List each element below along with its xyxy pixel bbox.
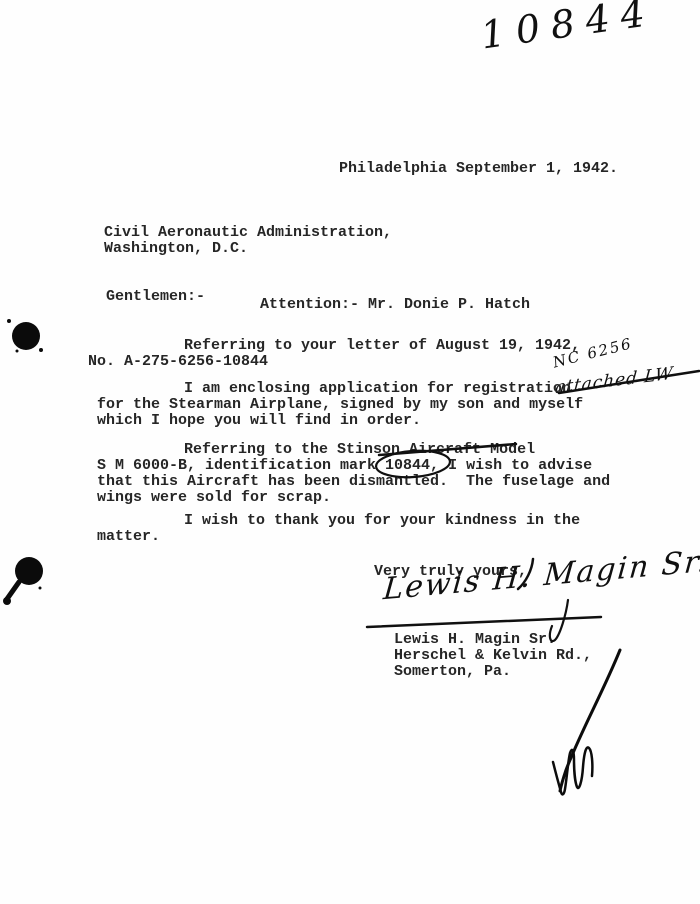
date-line: Philadelphia September 1, 1942. <box>339 161 618 177</box>
para1-line1: Referring to your letter of August 19, 1… <box>184 338 580 354</box>
para3-line1-struck-text: Stinson Aircraft <box>337 441 481 458</box>
long-pen-stroke <box>560 650 620 791</box>
pen-squiggle-initials <box>553 747 592 794</box>
para3-line1: Referring to the Stinson Aircraft Model <box>184 442 535 458</box>
para3-line3: that this Aircraft has been dismantled. … <box>97 474 610 490</box>
para3-line1-post: Model <box>481 441 535 458</box>
handwritten-file-number: 10844 <box>478 0 658 58</box>
para3-line2-post: I wish to advise <box>439 457 592 474</box>
ink-blot-lower <box>3 557 43 605</box>
para3-line4: wings were sold for scrap. <box>97 490 331 506</box>
handwritten-note-attached: attached LW <box>554 363 674 398</box>
para2-line1: I am enclosing application for registrat… <box>184 381 571 397</box>
recipient-line-2: Washington, D.C. <box>104 241 248 257</box>
para4-line2: matter. <box>97 529 160 545</box>
para3-line2-circled-text: 10844, <box>385 457 439 474</box>
signature-city: Somerton, Pa. <box>394 664 511 680</box>
scanned-letter-page: 10844 Philadelphia September 1, 1942. Ci… <box>0 0 700 904</box>
salutation: Gentlemen:- <box>106 289 205 305</box>
para2-line3: which I hope you will find in order. <box>97 413 421 429</box>
para4-line1: I wish to thank you for your kindness in… <box>184 513 580 529</box>
signature-name: Lewis H. Magin Sr. <box>394 632 556 648</box>
attention-line: Attention:- Mr. Donie P. Hatch <box>260 297 530 313</box>
para1-line2: No. A-275-6256-10844 <box>88 354 268 370</box>
handwritten-signature: Lewis H. Magin Sr. <box>382 544 700 608</box>
para3-line2-pre: S M 6000-B, identification mark <box>97 457 385 474</box>
para3-line2: S M 6000-B, identification mark 10844, I… <box>97 458 592 474</box>
signature-underline <box>367 617 601 627</box>
para3-line1-pre: Referring to the <box>184 441 337 458</box>
ink-blot-upper <box>7 319 43 353</box>
recipient-line-1: Civil Aeronautic Administration, <box>104 225 392 241</box>
signature-street: Herschel & Kelvin Rd., <box>394 648 592 664</box>
para2-line2: for the Stearman Airplane, signed by my … <box>97 397 583 413</box>
